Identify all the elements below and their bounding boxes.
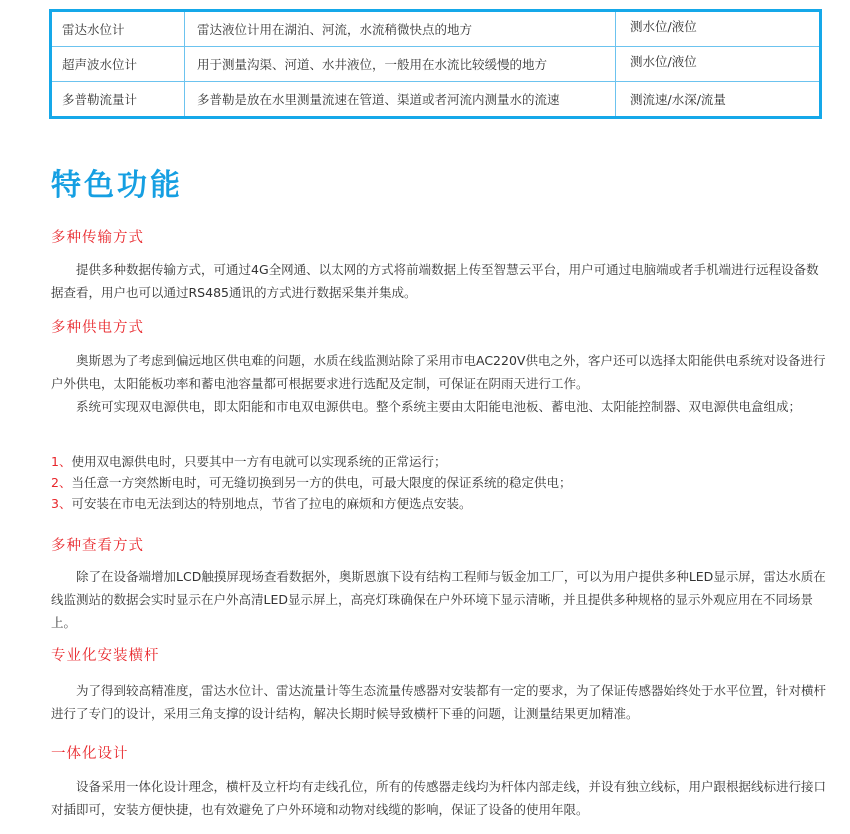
section-paragraph: 除了在设备端增加LCD触摸屏现场查看数据外，奥斯恩旗下设有结构工程师与钣金加工厂…	[51, 565, 826, 634]
sensor-name: 多普勒流量计	[51, 82, 185, 118]
section-paragraph: 提供多种数据传输方式，可通过4G全网通、以太网的方式将前端数据上传至智慧云平台，…	[51, 258, 826, 304]
list-item: 1、使用双电源供电时，只要其中一方有电就可以实现系统的正常运行；	[51, 451, 826, 472]
sensor-description: 多普勒是放在水里测量流速在管道、渠道或者河流内测量水的流速	[185, 82, 616, 118]
sensor-function: 测流速/水深/流量	[616, 82, 821, 118]
table-row: 超声波水位计 用于测量沟渠、河道、水井液位，一般用在水流比较缓慢的地方 测水位/…	[51, 47, 821, 82]
sensor-name: 雷达水位计	[51, 11, 185, 47]
list-text: 可安装在市电无法到达的特别地点，节省了拉电的麻烦和方便选点安装。	[71, 496, 471, 511]
sensor-function-text: 测水位/液位	[630, 54, 697, 69]
list-item: 2、当任意一方突然断电时，可无缝切换到另一方的供电，可最大限度的保证系统的稳定供…	[51, 472, 826, 493]
section-paragraph: 设备采用一体化设计理念，横杆及立杆均有走线孔位，所有的传感器走线均为杆体内部走线…	[51, 775, 826, 821]
section-title-transmission: 多种传输方式	[51, 226, 144, 247]
sensor-table: 雷达水位计 雷达液位计用在湖泊、河流，水流稍微快点的地方 测水位/液位 超声波水…	[49, 9, 822, 119]
section-paragraph: 为了得到较高精准度，雷达水位计、雷达流量计等生态流量传感器对安装都有一定的要求，…	[51, 679, 826, 725]
section-title-power: 多种供电方式	[51, 316, 144, 337]
sensor-description: 用于测量沟渠、河道、水井液位，一般用在水流比较缓慢的地方	[185, 47, 616, 82]
list-item: 3、可安装在市电无法到达的特别地点，节省了拉电的麻烦和方便选点安装。	[51, 493, 826, 514]
list-number: 3、	[51, 496, 71, 511]
sensor-function: 测水位/液位	[616, 11, 821, 47]
list-text: 使用双电源供电时，只要其中一方有电就可以实现系统的正常运行；	[71, 454, 446, 469]
sensor-function: 测水位/液位	[616, 47, 821, 82]
section-paragraph: 系统可实现双电源供电，即太阳能和市电双电源供电。整个系统主要由太阳能电池板、蓄电…	[51, 395, 826, 418]
section-title-crossbar: 专业化安装横杆	[51, 644, 160, 665]
list-number: 2、	[51, 475, 71, 490]
table-row: 多普勒流量计 多普勒是放在水里测量流速在管道、渠道或者河流内测量水的流速 测流速…	[51, 82, 821, 118]
section-title-viewing: 多种查看方式	[51, 534, 144, 555]
table-row: 雷达水位计 雷达液位计用在湖泊、河流，水流稍微快点的地方 测水位/液位	[51, 11, 821, 47]
list-number: 1、	[51, 454, 71, 469]
sensor-description: 雷达液位计用在湖泊、河流，水流稍微快点的地方	[185, 11, 616, 47]
page-heading: 特色功能	[51, 160, 183, 204]
sensor-function-text: 测流速/水深/流量	[630, 92, 726, 107]
section-title-integrated: 一体化设计	[51, 742, 129, 763]
list-text: 当任意一方突然断电时，可无缝切换到另一方的供电，可最大限度的保证系统的稳定供电；	[71, 475, 571, 490]
section-paragraph: 奥斯恩为了考虑到偏远地区供电难的问题，水质在线监测站除了采用市电AC220V供电…	[51, 349, 826, 395]
sensor-name: 超声波水位计	[51, 47, 185, 82]
power-feature-list: 1、使用双电源供电时，只要其中一方有电就可以实现系统的正常运行； 2、当任意一方…	[51, 451, 826, 514]
sensor-function-text: 测水位/液位	[630, 19, 697, 34]
